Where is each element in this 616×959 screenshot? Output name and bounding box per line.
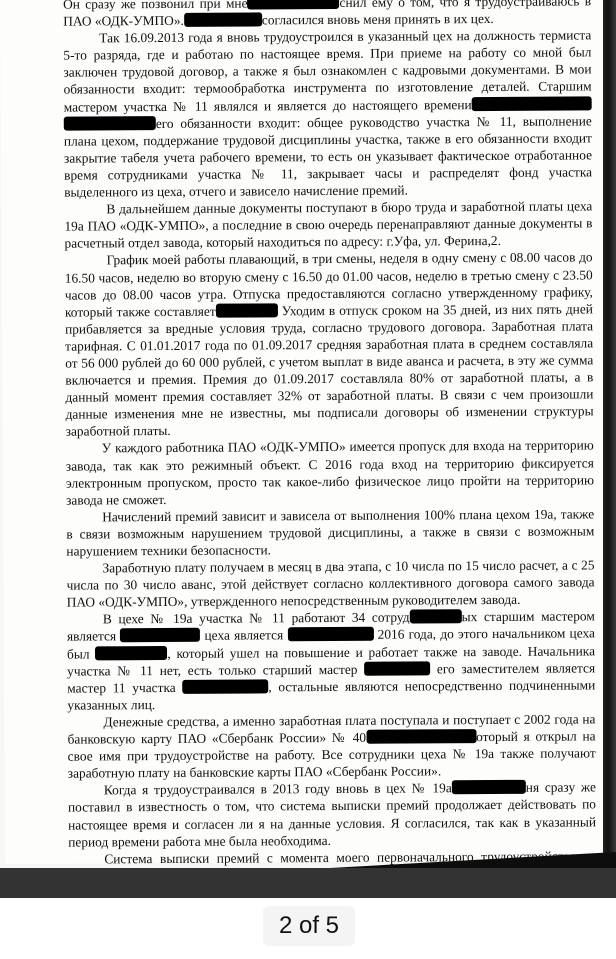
redaction-block bbox=[247, 0, 339, 9]
document-body: Он сразу же позвонил при мнеснил ему о т… bbox=[63, 0, 596, 868]
redaction-block bbox=[120, 628, 200, 642]
paragraph: График моей работы плавающий, в три смен… bbox=[65, 249, 594, 440]
redaction-block bbox=[184, 12, 262, 26]
redaction-block bbox=[64, 116, 156, 131]
paragraph: Денежные средства, а именно заработная п… bbox=[67, 710, 595, 782]
redaction-block bbox=[182, 679, 268, 694]
paragraph: Заработную плату получаем в месяц в два … bbox=[66, 556, 594, 611]
paragraph: Когда я трудоустраивался в 2013 году вно… bbox=[68, 779, 596, 851]
document-viewer[interactable]: Он сразу же позвонил при мнеснил ему о т… bbox=[0, 0, 616, 868]
scanned-page: Он сразу же позвонил при мнеснил ему о т… bbox=[0, 0, 609, 864]
redaction-block bbox=[472, 96, 592, 111]
redaction-block bbox=[364, 661, 430, 675]
paragraph: У каждого работника ПАО «ОДК-УМПО» имеет… bbox=[66, 437, 594, 509]
paragraph: Начислений премий зависит и зависела от … bbox=[66, 505, 594, 560]
redaction-block bbox=[452, 780, 526, 794]
paragraph: Он сразу же позвонил при мнеснил ему о т… bbox=[63, 0, 591, 30]
redaction-block bbox=[410, 610, 462, 624]
paragraph: Так 16.09.2013 года я вновь трудоустроил… bbox=[63, 27, 592, 201]
page-edge-shadow bbox=[603, 0, 616, 868]
redaction-block bbox=[95, 646, 167, 660]
paragraph: В цехе № 19а участка № 11 работают 34 со… bbox=[67, 608, 596, 714]
redaction-block bbox=[287, 627, 373, 642]
viewer-footer-band bbox=[0, 868, 616, 898]
page-indicator: 2 of 5 bbox=[263, 906, 355, 946]
redaction-block bbox=[216, 303, 278, 317]
paragraph: В дальнейшем данные документы поступают … bbox=[64, 198, 592, 253]
redaction-block bbox=[366, 729, 476, 744]
